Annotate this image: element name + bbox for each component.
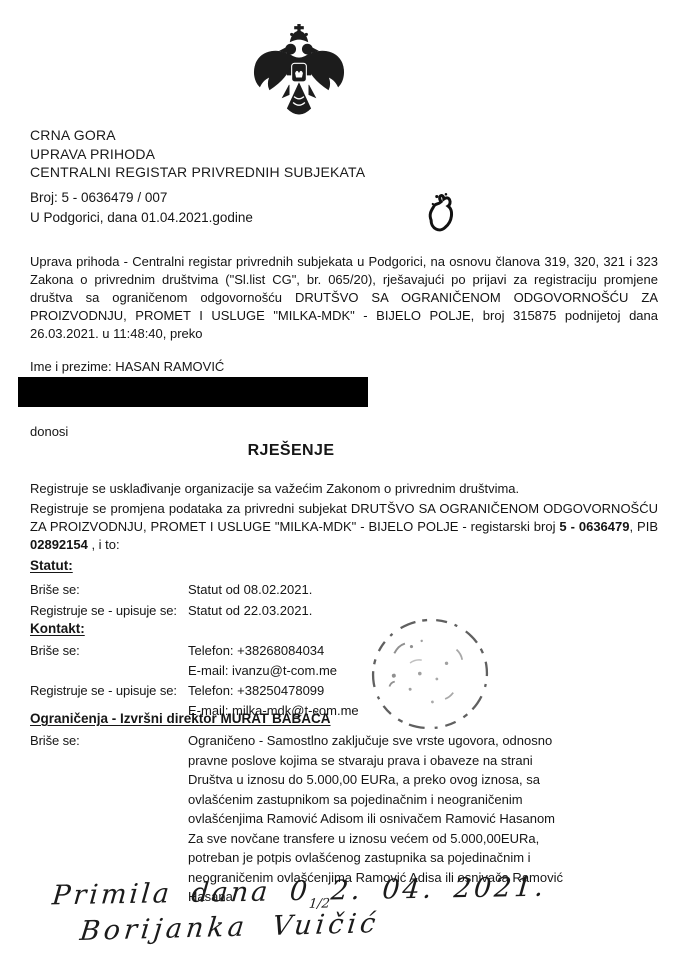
table-row: Briše se: Statut od 08.02.2021. <box>30 579 312 600</box>
handwriting-text: 2. 04. 2021. <box>330 872 548 907</box>
row-value: Statut od 22.03.2021. <box>188 600 312 621</box>
pib-number: 02892154 <box>30 537 88 552</box>
decision-intro-sentence: Registruje se usklađivanje organizacije … <box>30 481 519 496</box>
institution-header: CRNA GORA UPRAVA PRIHODA CENTRALNI REGIS… <box>30 126 365 182</box>
authority-name: UPRAVA PRIHODA <box>30 145 365 164</box>
row-values: Telefon: +38268084034 E-mail: ivanzu@t-c… <box>188 641 359 681</box>
restriction-old-text: Ograničeno - Samostlno zaključuje sve vr… <box>188 731 576 829</box>
phone-old: Telefon: +38268084034 <box>188 641 359 661</box>
section-heading-kontakt: Kontakt: <box>30 621 85 636</box>
statut-rows: Briše se: Statut od 08.02.2021. Registru… <box>30 579 312 621</box>
place-and-date: U Podgorici, dana 01.04.2021.godine <box>30 210 253 225</box>
country-name: CRNA GORA <box>30 126 365 145</box>
email-old: E-mail: ivanzu@t-com.me <box>188 661 359 681</box>
registration-paragraph: Registruje se promjena podataka za privr… <box>30 500 658 554</box>
handwriting-text: Primila dana 0 <box>51 876 312 912</box>
montenegro-coat-of-arms-icon <box>250 24 348 132</box>
row-label: Registruje se - upisuje se: <box>30 600 188 621</box>
row-label: Briše se: <box>30 641 188 681</box>
handwritten-signature: Borijanka Vuičić <box>78 908 381 947</box>
scanned-decision-document: CRNA GORA UPRAVA PRIHODA CENTRALNI REGIS… <box>0 0 679 960</box>
redaction-bar <box>18 377 368 407</box>
section-heading-ogranicenja: Ograničenja - Izvršni direktor MURAT BAB… <box>30 711 331 726</box>
decision-title: RJEŠENJE <box>30 442 552 460</box>
submitter-name-line: Ime i prezime: HASAN RAMOVIĆ <box>30 359 224 374</box>
row-value: Statut od 08.02.2021. <box>188 579 312 600</box>
round-stamp-icon <box>364 610 496 738</box>
row-label: Briše se: <box>30 579 188 600</box>
table-row: Registruje se - upisuje se: Statut od 22… <box>30 600 312 621</box>
phone-new: Telefon: +38250478099 <box>188 681 359 701</box>
reference-number: Broj: 5 - 0636479 / 007 <box>30 190 167 205</box>
registration-number: 5 - 0636479 <box>559 519 629 534</box>
donosi-line: donosi <box>30 424 68 439</box>
section-heading-statut: Statut: <box>30 558 73 573</box>
kontakt-rows: Briše se: Telefon: +38268084034 E-mail: … <box>30 641 359 721</box>
registration-text-3: , i to: <box>88 537 120 552</box>
intro-paragraph: Uprava prihoda - Centralni registar priv… <box>30 253 658 343</box>
table-row: Briše se: Telefon: +38268084034 E-mail: … <box>30 641 359 681</box>
registration-text-2: , PIB <box>629 519 658 534</box>
ink-blot-icon <box>424 192 458 240</box>
registry-name: CENTRALNI REGISTAR PRIVREDNIH SUBJEKATA <box>30 163 365 182</box>
